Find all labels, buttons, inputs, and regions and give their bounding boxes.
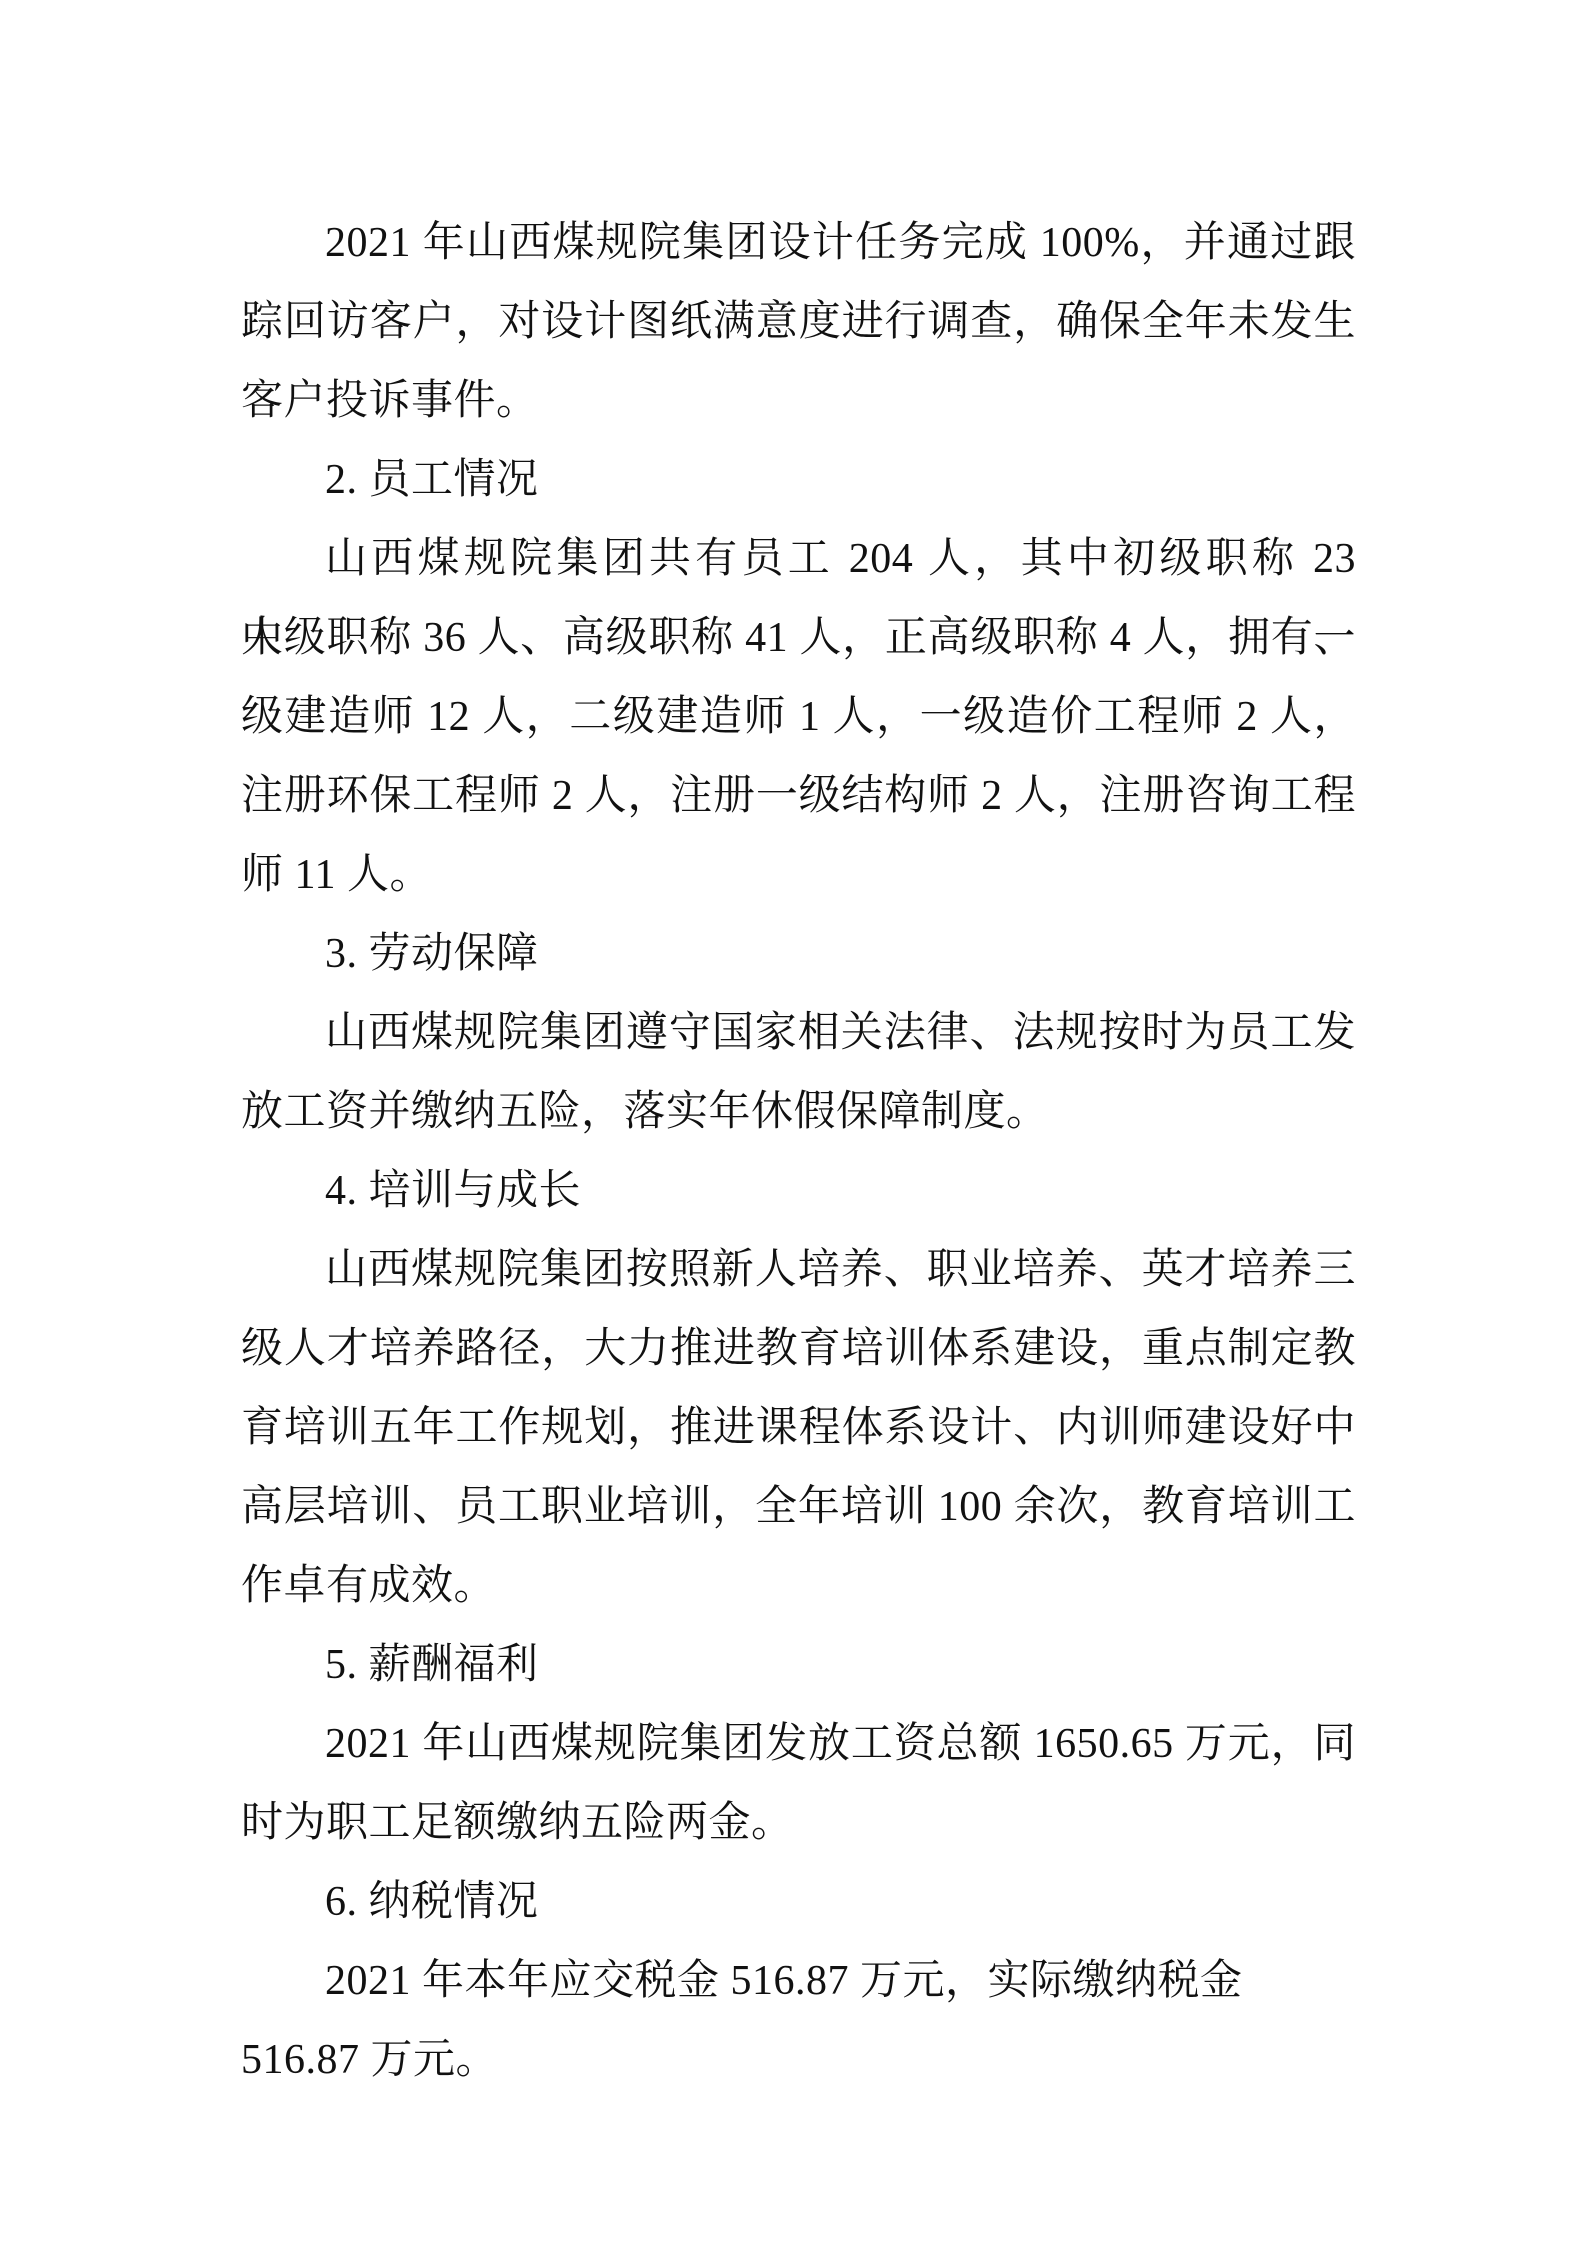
text-line: 级人才培养路径，大力推进教育培训体系建设，重点制定教 bbox=[241, 1310, 1356, 1389]
heading-tax: 6. 纳税情况 bbox=[241, 1863, 1356, 1942]
text-line: 2021 年本年应交税金 516.87 万元，实际缴纳税金 bbox=[241, 1942, 1356, 2021]
heading-staff: 2. 员工情况 bbox=[241, 441, 1356, 520]
paragraph-quality: 2021 年山西煤规院集团设计任务完成 100%，并通过跟 踪回访客户，对设计图… bbox=[241, 204, 1356, 441]
text-line: 踪回访客户，对设计图纸满意度进行调查，确保全年未发生 bbox=[241, 283, 1356, 362]
text-line: 育培训五年工作规划，推进课程体系设计、内训师建设好中 bbox=[241, 1389, 1356, 1468]
paragraph-labor: 山西煤规院集团遵守国家相关法律、法规按时为员工发 放工资并缴纳五险，落实年休假保… bbox=[241, 994, 1356, 1152]
text-line: 客户投诉事件。 bbox=[241, 362, 1356, 441]
heading-line: 6. 纳税情况 bbox=[241, 1863, 1356, 1942]
text-line: 师 11 人。 bbox=[241, 836, 1356, 915]
heading-training: 4. 培训与成长 bbox=[241, 1152, 1356, 1231]
text-line: 2021 年山西煤规院集团发放工资总额 1650.65 万元，同 bbox=[241, 1705, 1356, 1784]
paragraph-staff: 山西煤规院集团共有员工 204 人，其中初级职称 23 人、 中级职称 36 人… bbox=[241, 520, 1356, 915]
heading-line: 4. 培训与成长 bbox=[241, 1152, 1356, 1231]
heading-labor: 3. 劳动保障 bbox=[241, 915, 1356, 994]
paragraph-tax: 2021 年本年应交税金 516.87 万元，实际缴纳税金 516.87 万元。 bbox=[241, 1942, 1356, 2100]
text-line: 放工资并缴纳五险，落实年休假保障制度。 bbox=[241, 1073, 1356, 1152]
text-line: 时为职工足额缴纳五险两金。 bbox=[241, 1784, 1356, 1863]
text-line: 2021 年山西煤规院集团设计任务完成 100%，并通过跟 bbox=[241, 204, 1356, 283]
text-line: 中级职称 36 人、高级职称 41 人，正高级职称 4 人，拥有一 bbox=[241, 599, 1356, 678]
text-line: 山西煤规院集团遵守国家相关法律、法规按时为员工发 bbox=[241, 994, 1356, 1073]
text-line: 516.87 万元。 bbox=[241, 2021, 1356, 2100]
text-line: 山西煤规院集团共有员工 204 人，其中初级职称 23 人、 bbox=[241, 520, 1356, 599]
text-line: 高层培训、员工职业培训，全年培训 100 余次，教育培训工 bbox=[241, 1468, 1356, 1547]
document-text-block: 2021 年山西煤规院集团设计任务完成 100%，并通过跟 踪回访客户，对设计图… bbox=[241, 204, 1356, 2100]
document-page: 2021 年山西煤规院集团设计任务完成 100%，并通过跟 踪回访客户，对设计图… bbox=[0, 0, 1587, 2245]
heading-line: 5. 薪酬福利 bbox=[241, 1626, 1356, 1705]
text-line: 山西煤规院集团按照新人培养、职业培养、英才培养三 bbox=[241, 1231, 1356, 1310]
paragraph-compensation: 2021 年山西煤规院集团发放工资总额 1650.65 万元，同 时为职工足额缴… bbox=[241, 1705, 1356, 1863]
paragraph-training: 山西煤规院集团按照新人培养、职业培养、英才培养三 级人才培养路径，大力推进教育培… bbox=[241, 1231, 1356, 1626]
text-line: 注册环保工程师 2 人，注册一级结构师 2 人，注册咨询工程 bbox=[241, 757, 1356, 836]
heading-compensation: 5. 薪酬福利 bbox=[241, 1626, 1356, 1705]
heading-line: 3. 劳动保障 bbox=[241, 915, 1356, 994]
heading-line: 2. 员工情况 bbox=[241, 441, 1356, 520]
text-line: 作卓有成效。 bbox=[241, 1547, 1356, 1626]
text-line: 级建造师 12 人，二级建造师 1 人，一级造价工程师 2 人， bbox=[241, 678, 1356, 757]
